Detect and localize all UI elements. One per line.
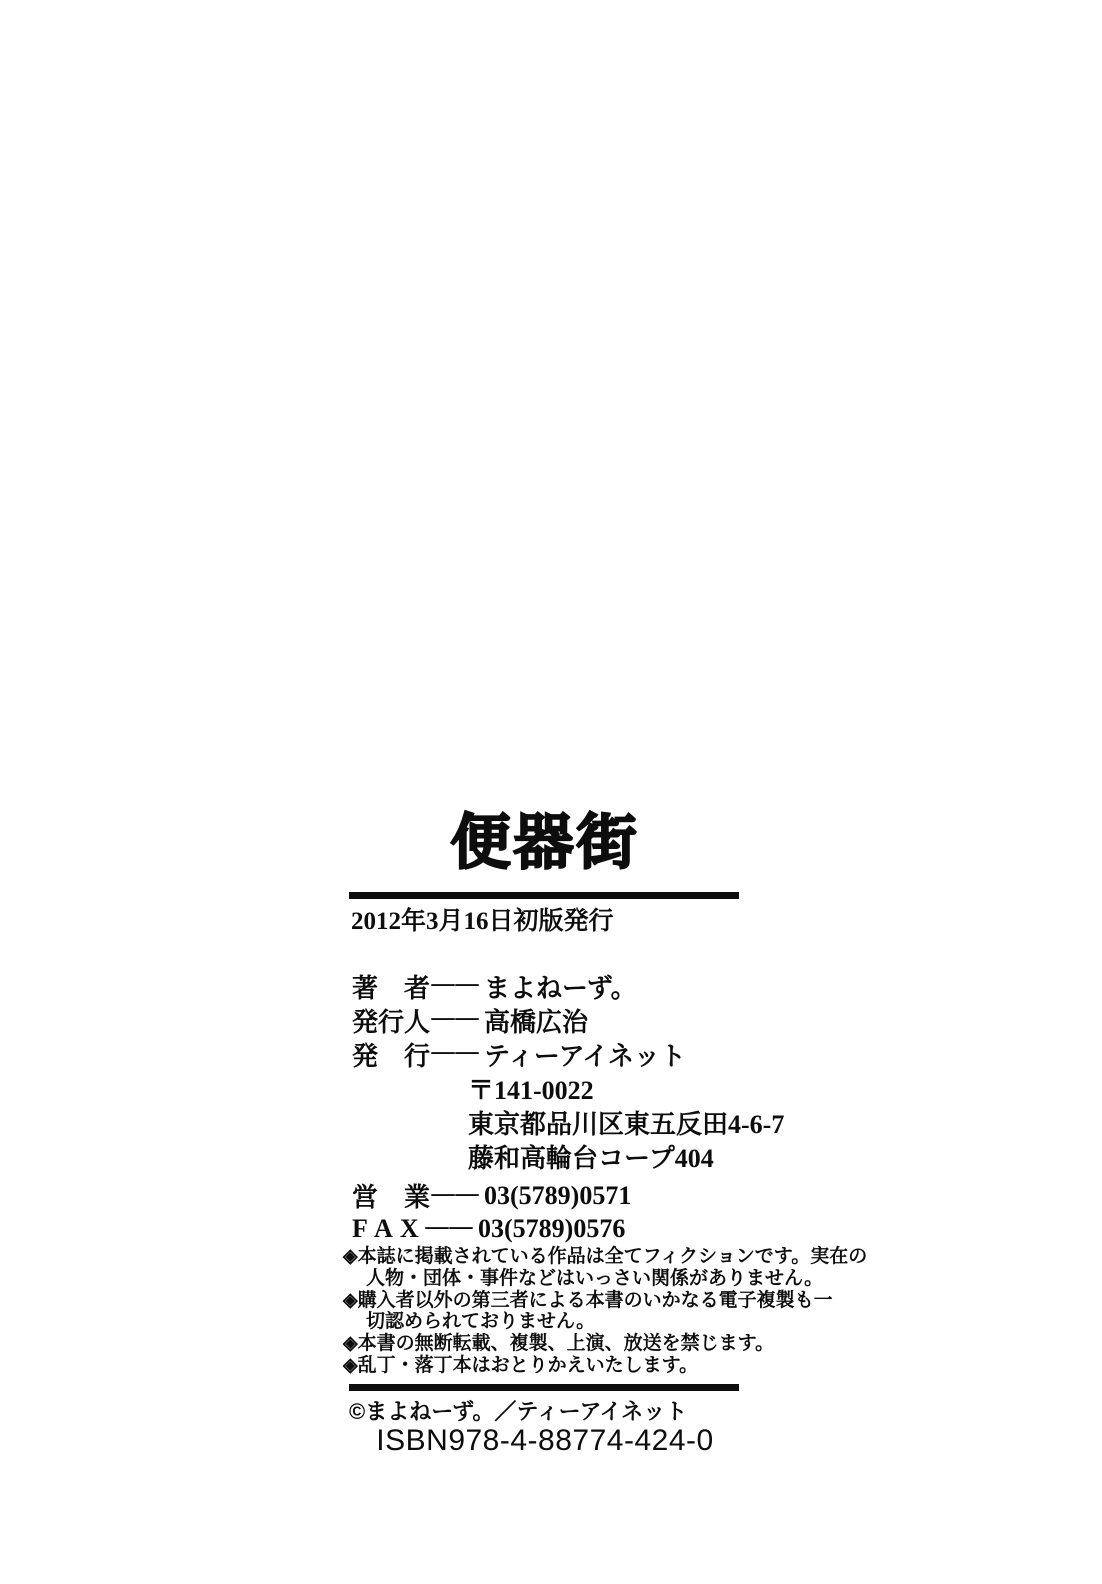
postal-code: 〒141-0022 xyxy=(468,1074,784,1108)
notice-fiction-line-2: 人物・団体・事件などはいっさい関係がありません。 xyxy=(343,1268,773,1290)
isbn: ISBN978-4-88774-424-0 xyxy=(350,1424,740,1458)
sales-phone-number: 03(5789)0571 xyxy=(484,1181,631,1211)
legal-notices: ◈本誌に掲載されている作品は全てフィクションです。実在の 人物・団体・事件などは… xyxy=(343,1246,773,1377)
notice-reproduction: ◈本書の無断転載、複製、上演、放送を禁じます。 xyxy=(343,1333,773,1355)
publisher-person-row: 発行人 —— 高橋広治 xyxy=(352,1003,686,1037)
publisher-address: 〒141-0022 東京都品川区東五反田4-6-7 藤和高輪台コープ404 xyxy=(468,1074,784,1176)
author-label: 著 者 xyxy=(352,968,430,1005)
notice-copy-line-1: ◈購入者以外の第三者による本書のいかなる電子複製も一 xyxy=(343,1290,773,1312)
leader-dash: —— xyxy=(430,1179,478,1209)
sales-phone-row: 営 業 —— 03(5789)0571 xyxy=(352,1179,631,1212)
publisher-person-label: 発行人 xyxy=(352,1002,430,1039)
page-title: 便器街 xyxy=(350,810,740,876)
notice-copy-line-2: 切認められておりません。 xyxy=(343,1311,773,1333)
address-line-1: 東京都品川区東五反田4-6-7 xyxy=(468,1108,784,1142)
leader-dash: —— xyxy=(430,1003,478,1033)
publisher-person-value: 高橋広治 xyxy=(484,1002,588,1039)
sales-label: 営 業 xyxy=(352,1177,430,1214)
author-value: まよねーず。 xyxy=(484,968,637,1005)
fax-label: F A X xyxy=(352,1214,424,1244)
publisher-row: 発 行 —— ティーアイネット xyxy=(352,1037,686,1071)
author-row: 著 者 —— まよねーず。 xyxy=(352,969,686,1003)
title-divider-rule xyxy=(349,892,739,899)
fax-number: 03(5789)0576 xyxy=(478,1214,625,1244)
fax-row: F A X —— 03(5789)0576 xyxy=(352,1212,631,1245)
leader-dash: —— xyxy=(430,969,478,999)
publication-info: 著 者 —— まよねーず。 発行人 —— 高橋広治 発 行 —— ティーアイネッ… xyxy=(352,969,686,1071)
notice-defective-copies: ◈乱丁・落丁本はおとりかえいたします。 xyxy=(343,1355,773,1377)
copyright-line: ©まよねーず。／ティーアイネット xyxy=(349,1395,687,1426)
address-line-2: 藤和高輪台コープ404 xyxy=(468,1142,784,1176)
colophon-page: 便器街 2012年3月16日初版発行 著 者 —— まよねーず。 発行人 —— … xyxy=(0,0,1102,1584)
publisher-value: ティーアイネット xyxy=(484,1036,686,1073)
edition-date: 2012年3月16日初版発行 xyxy=(351,901,614,937)
notice-fiction-line-1: ◈本誌に掲載されている作品は全てフィクションです。実在の xyxy=(343,1246,773,1268)
publisher-label: 発 行 xyxy=(352,1036,430,1073)
contact-info: 営 業 —— 03(5789)0571 F A X —— 03(5789)057… xyxy=(352,1179,631,1245)
leader-dash: —— xyxy=(430,1037,478,1067)
leader-dash: —— xyxy=(424,1212,472,1242)
bottom-divider-rule xyxy=(349,1384,739,1391)
